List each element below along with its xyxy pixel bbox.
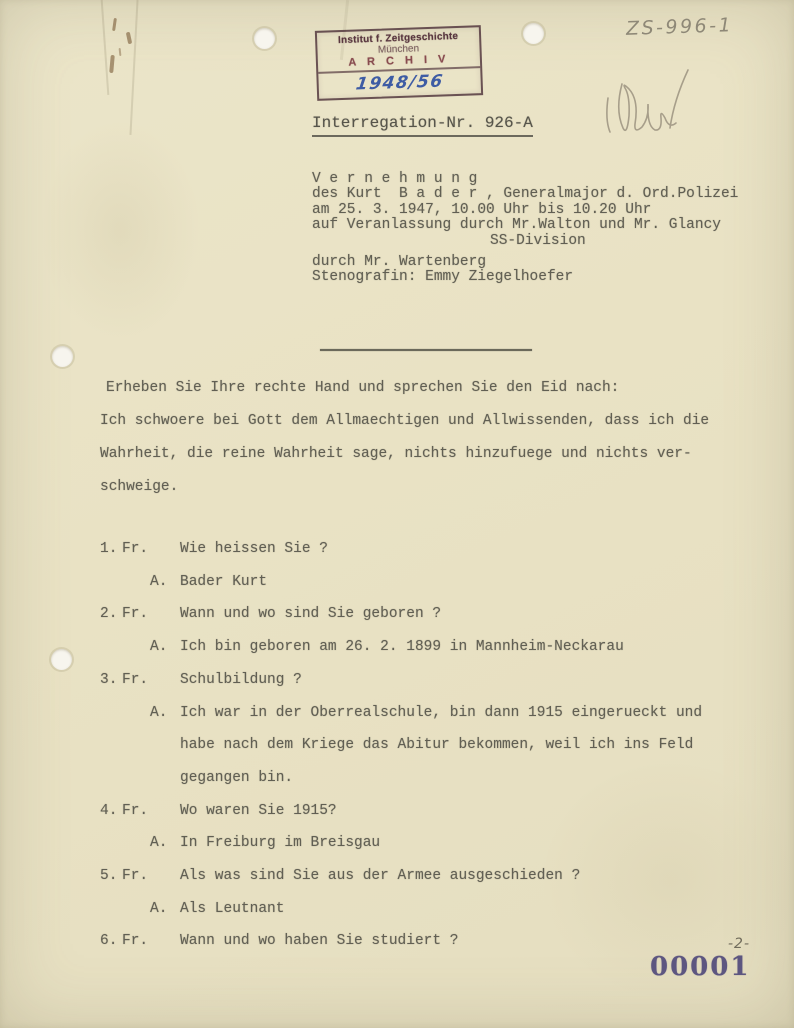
document-page: Institut f. Zeitgeschichte München A R C… (0, 0, 794, 1028)
answer-text: gegangen bin. (180, 770, 293, 786)
answer-text: Als Leutnant (180, 901, 284, 917)
question-label: Fr. (122, 598, 180, 631)
question-text: Wann und wo haben Sie studiert ? (180, 933, 458, 949)
question-number: 5. (100, 860, 122, 893)
question-text: Wann und wo sind Sie geboren ? (180, 606, 441, 622)
header-line: am 25. 3. 1947, 10.00 Uhr bis 10.20 Uhr (312, 203, 738, 218)
answer-text: Ich bin geboren am 26. 2. 1899 in Mannhe… (180, 639, 624, 655)
qa-question-row: 2.Fr.Wann und wo sind Sie geboren ? (100, 598, 702, 631)
header-line: Stenografin: Emmy Ziegelhoefer (312, 270, 738, 285)
question-text: Wie heissen Sie ? (180, 541, 328, 557)
qa-question-row: 1.Fr.Wie heissen Sie ? (100, 533, 702, 566)
oath-line: Erheben Sie Ihre rechte Hand und spreche… (100, 372, 709, 405)
qa-question-row: 3.Fr.Schulbildung ? (100, 664, 702, 697)
question-number: 2. (100, 598, 122, 631)
qa-answer-row: A.Ich bin geboren am 26. 2. 1899 in Mann… (100, 631, 702, 664)
qa-answer-row: A.Bader Kurt (100, 566, 702, 599)
question-text: Wo waren Sie 1915? (180, 803, 337, 819)
punch-hole (523, 23, 544, 44)
answer-text: In Freiburg im Breisgau (180, 835, 380, 851)
pencil-initials-squiggle (598, 68, 710, 146)
paper-crease (101, 0, 110, 95)
answer-label: A. (150, 566, 180, 599)
header-line: des Kurt B a d e r , Generalmajor d. Ord… (312, 187, 738, 202)
answer-text: Bader Kurt (180, 574, 267, 590)
oath-line: Ich schwoere bei Gott dem Allmaechtigen … (100, 405, 709, 438)
punch-hole (254, 28, 275, 49)
section-divider (320, 349, 532, 351)
qa-answer-row: A.Als Leutnant (100, 893, 702, 926)
question-label: Fr. (122, 533, 180, 566)
question-text: Als was sind Sie aus der Armee ausgeschi… (180, 868, 580, 884)
punch-hole (51, 649, 72, 670)
qa-question-row: 4.Fr.Wo waren Sie 1915? (100, 795, 702, 828)
answer-label: A. (150, 827, 180, 860)
paper-speck (112, 18, 117, 31)
page-number: -2- (728, 936, 750, 952)
paper-speck (119, 48, 122, 56)
punch-hole (52, 346, 73, 367)
oath-line: Wahrheit, die reine Wahrheit sage, nicht… (100, 438, 709, 471)
oath-paragraph: Erheben Sie Ihre rechte Hand und spreche… (100, 372, 709, 504)
question-label: Fr. (122, 795, 180, 828)
question-number: 1. (100, 533, 122, 566)
paper-stain (40, 120, 200, 340)
question-label: Fr. (122, 925, 180, 958)
paper-speck (126, 32, 132, 45)
qa-question-row: 5.Fr.Als was sind Sie aus der Armee ausg… (100, 860, 702, 893)
header-line: auf Veranlassung durch Mr.Walton und Mr.… (312, 218, 738, 233)
qa-answer-row: A.In Freiburg im Breisgau (100, 827, 702, 860)
interrogation-header: V e r n e h m u n gdes Kurt B a d e r , … (312, 172, 738, 286)
answer-text: habe nach dem Kriege das Abitur bekommen… (180, 737, 693, 753)
question-label: Fr. (122, 664, 180, 697)
header-line: SS-Division (312, 234, 738, 249)
paper-speck (109, 55, 115, 73)
qa-answer-row: A.Ich war in der Oberrealschule, bin dan… (100, 697, 702, 730)
oath-line: schweige. (100, 471, 709, 504)
qa-answer-continuation: habe nach dem Kriege das Abitur bekommen… (100, 729, 702, 762)
qa-question-row: 6.Fr.Wann und wo haben Sie studiert ? (100, 925, 702, 958)
question-label: Fr. (122, 860, 180, 893)
archive-stamp: Institut f. Zeitgeschichte München A R C… (315, 25, 483, 101)
document-title: Interregation-Nr. 926-A (312, 114, 533, 137)
qa-list: 1.Fr.Wie heissen Sie ?A.Bader Kurt2.Fr.W… (100, 533, 702, 958)
folio-stamp: 00001 (650, 952, 750, 982)
paper-crease (129, 0, 138, 135)
answer-label: A. (150, 631, 180, 664)
answer-label: A. (150, 697, 180, 730)
stamp-accession-number-handwritten: 1948/56 (321, 68, 478, 99)
question-number: 3. (100, 664, 122, 697)
question-text: Schulbildung ? (180, 672, 302, 688)
qa-answer-continuation: gegangen bin. (100, 762, 702, 795)
question-number: 6. (100, 925, 122, 958)
answer-label: A. (150, 893, 180, 926)
archive-reference-handwritten: ZS-996-1 (626, 14, 734, 40)
answer-text: Ich war in der Oberrealschule, bin dann … (180, 705, 702, 721)
question-number: 4. (100, 795, 122, 828)
